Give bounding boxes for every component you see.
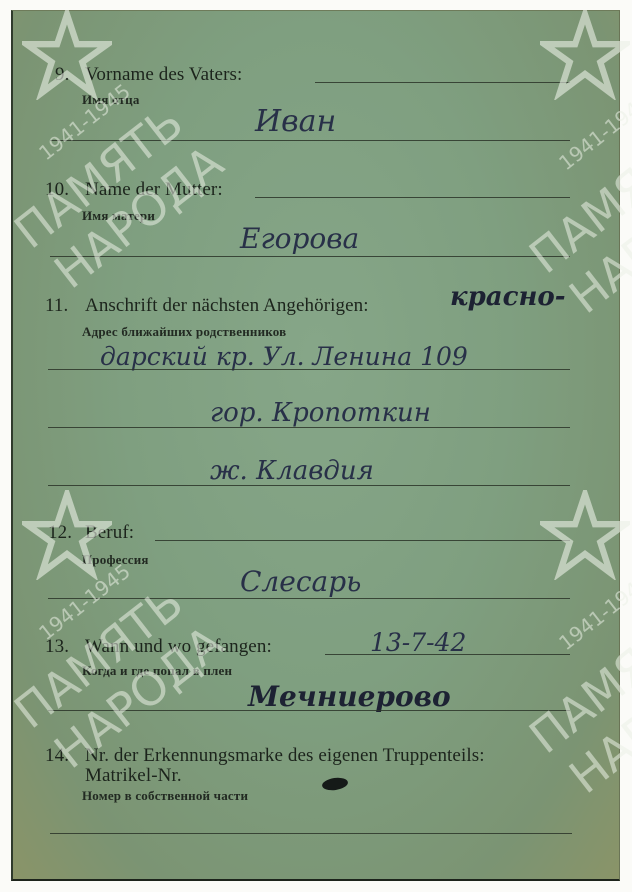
field-11-value-line3: гор. Кропоткин <box>210 398 431 428</box>
field-11-value-line1: красно- <box>450 282 566 312</box>
field-9-number: 9. <box>55 64 69 86</box>
field-12-label-ru: Профессия <box>82 552 149 568</box>
field-14-value-line <box>50 833 572 834</box>
field-11-label-de: Anschrift der nächsten Angehörigen: <box>85 295 369 317</box>
field-9-label-de: Vorname des Vaters: <box>85 64 242 86</box>
field-11-line-3 <box>48 485 570 486</box>
field-9-value: Иван <box>255 104 336 139</box>
field-13-label-ru: Когда и где попал в плен <box>82 663 232 679</box>
field-9-label-ru: Имя отца <box>82 92 140 108</box>
field-11-line-1 <box>48 369 570 370</box>
field-13-label-de: Wann und wo gefangen: <box>85 636 272 658</box>
field-14-label-ru: Номер в собственной части <box>82 788 248 804</box>
field-10-number: 10. <box>45 179 69 201</box>
field-11-value-line2: дарский кр. Ул. Ленина 109 <box>100 342 468 371</box>
field-13-number: 13. <box>45 636 69 658</box>
field-11-line-2 <box>48 427 570 428</box>
field-12-line <box>155 540 570 541</box>
field-10-line <box>255 197 570 198</box>
field-11-value-line4: ж. Клавдия <box>210 456 374 486</box>
field-12-number: 12. <box>48 522 72 544</box>
field-10-label-ru: Имя матери <box>82 208 155 224</box>
field-12-value-line <box>48 598 570 599</box>
field-11-number: 11. <box>45 295 68 317</box>
field-12-label-de: Beruf: <box>85 522 134 544</box>
field-14-label-de2: Matrikel-Nr. <box>85 765 182 787</box>
field-13-value-date: 13-7-42 <box>370 628 466 657</box>
field-12-value: Слесарь <box>240 565 361 598</box>
field-9-value-line <box>50 140 570 141</box>
field-11-label-ru: Адрес ближайших родственников <box>82 324 286 340</box>
field-10-value: Егорова <box>240 222 359 255</box>
field-13-value-place: Мечниерово <box>248 680 451 713</box>
field-14-label-de: Nr. der Erkennungsmarke des eigenen Trup… <box>85 745 485 767</box>
field-13-value-line <box>48 710 570 711</box>
field-10-label-de: Name der Mutter: <box>85 179 223 201</box>
field-10-value-line <box>50 256 570 257</box>
field-14-number: 14. <box>45 745 69 767</box>
field-9-line <box>315 82 570 83</box>
